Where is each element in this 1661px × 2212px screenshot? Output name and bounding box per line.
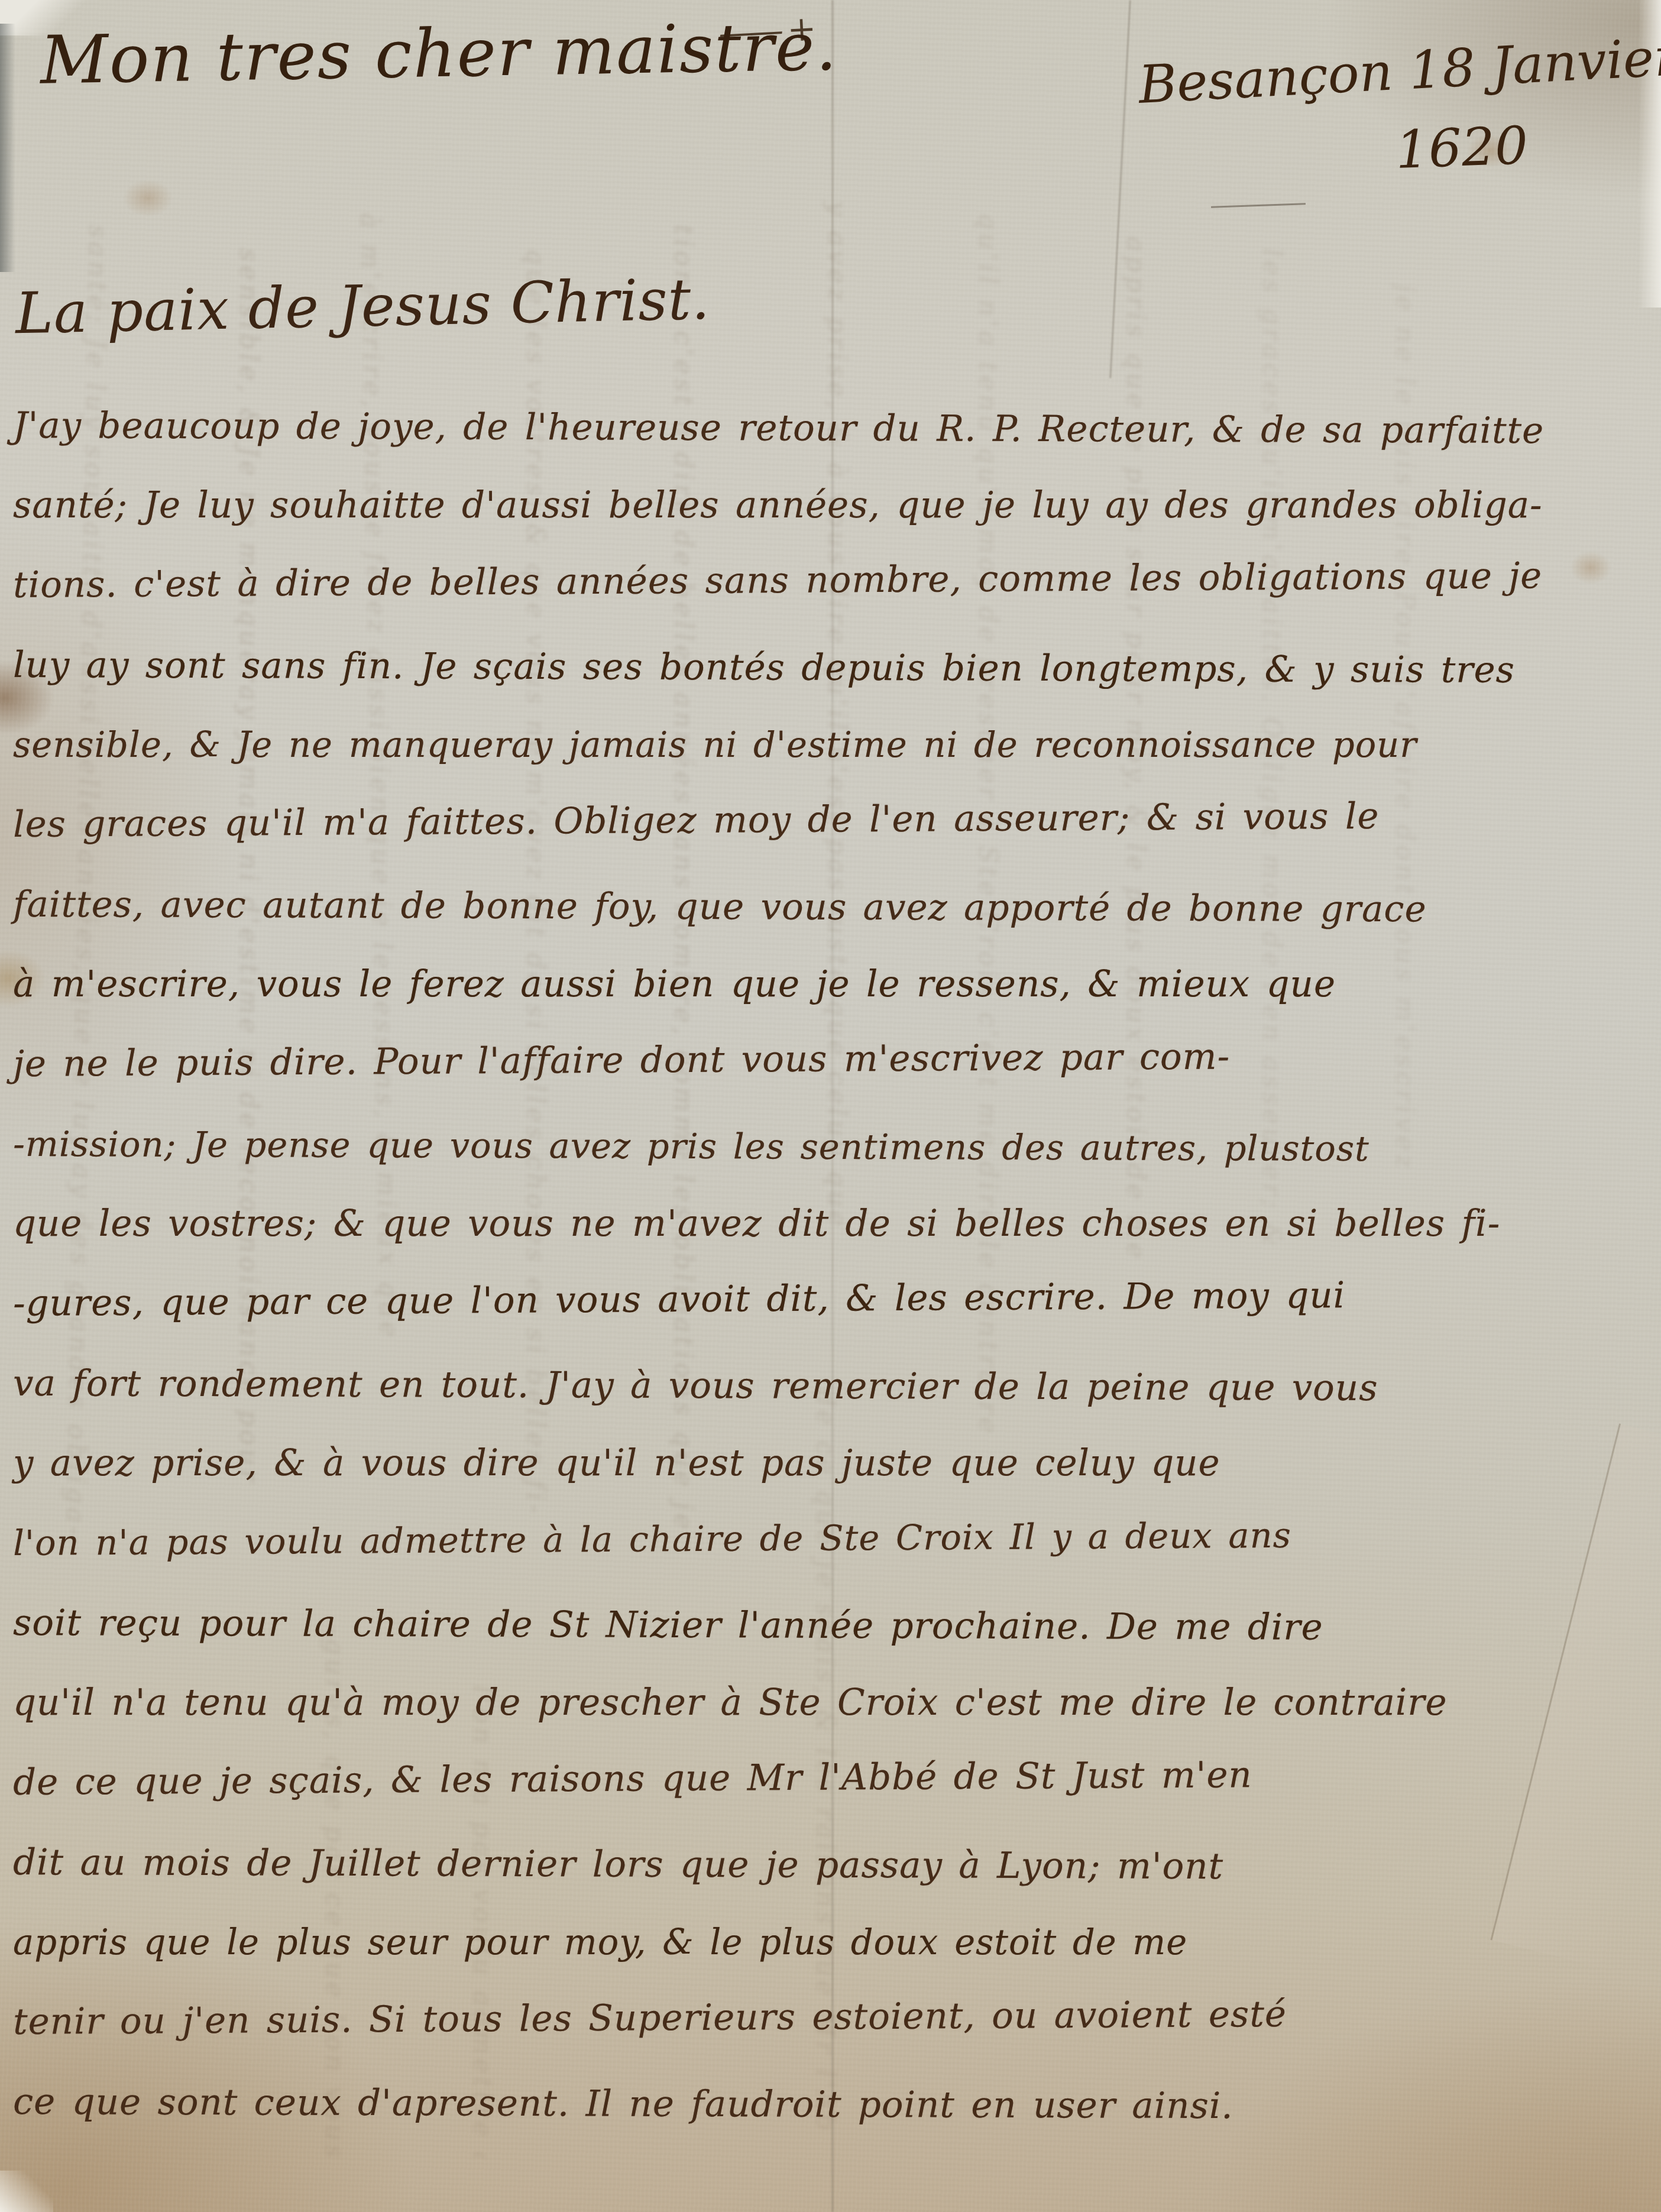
body-line: soit reçu pour la chaire de St Nizier l'… — [13, 1583, 1651, 1669]
body-line: tions. c'est à dire de belles années san… — [13, 535, 1652, 625]
body-line: appris que le plus seur pour moy, & le p… — [13, 1902, 1651, 1982]
body-line: sensible, & Je ne manqueray jamais ni d'… — [13, 705, 1651, 785]
pencil-dash-under-year — [1211, 203, 1306, 208]
body-line: tenir ou j'en suis. Si tous les Superieu… — [13, 1972, 1652, 2062]
body-line: -mission; Je pense que vous avez pris le… — [13, 1104, 1651, 1190]
body-line: ce que sont ceux d'apresent. Il ne faudr… — [13, 2062, 1651, 2148]
body-line: dit au mois de Juillet dernier lors que … — [13, 1822, 1651, 1908]
body-line: que les vostres; & que vous ne m'avez di… — [13, 1184, 1651, 1264]
body-line: les graces qu'il m'a faittes. Obligez mo… — [13, 775, 1652, 864]
salutation: Mon tres cher maistre. — [40, 8, 838, 99]
letter-body: J'ay beaucoup de joye, de l'heureuse ret… — [13, 386, 1651, 2142]
dateline-place-date: Besançon 18 Janvier — [1137, 26, 1661, 115]
body-line: luy ay sont sans fin. Je sçais ses bonté… — [13, 625, 1651, 711]
body-line: faittes, avec autant de bonne foy, que v… — [13, 864, 1651, 950]
manuscript-letter-page: santé; Je luy souhaitte d'aussi belles a… — [0, 0, 1661, 2212]
body-line: je ne le puis dire. Pour l'affaire dont … — [13, 1014, 1652, 1104]
upper-crease-line — [1109, 0, 1131, 378]
body-line: J'ay beaucoup de joye, de l'heureuse ret… — [13, 386, 1651, 471]
body-line: l'on n'a pas voulu admettre à la chaire … — [13, 1493, 1652, 1583]
body-line: santé; Je luy souhaitte d'aussi belles a… — [13, 465, 1651, 545]
dateline-year: 1620 — [1394, 115, 1529, 180]
body-line: va fort rondement en tout. J'ay à vous r… — [13, 1343, 1651, 1429]
body-line: à m'escrire, vous le ferez aussi bien qu… — [13, 944, 1651, 1024]
paper-edge-left-shadow — [0, 24, 15, 272]
greeting-line: La paix de Jesus Christ. — [15, 266, 711, 347]
body-line: -gures, que par ce que l'on vous avoit d… — [13, 1254, 1652, 1343]
body-line: y avez prise, & à vous dire qu'il n'est … — [13, 1423, 1651, 1503]
body-line: de ce que je sçais, & les raisons que Mr… — [13, 1732, 1652, 1822]
body-line: qu'il n'a tenu qu'à moy de prescher à St… — [13, 1663, 1651, 1743]
paper-edge-bottom-left — [0, 2171, 53, 2212]
